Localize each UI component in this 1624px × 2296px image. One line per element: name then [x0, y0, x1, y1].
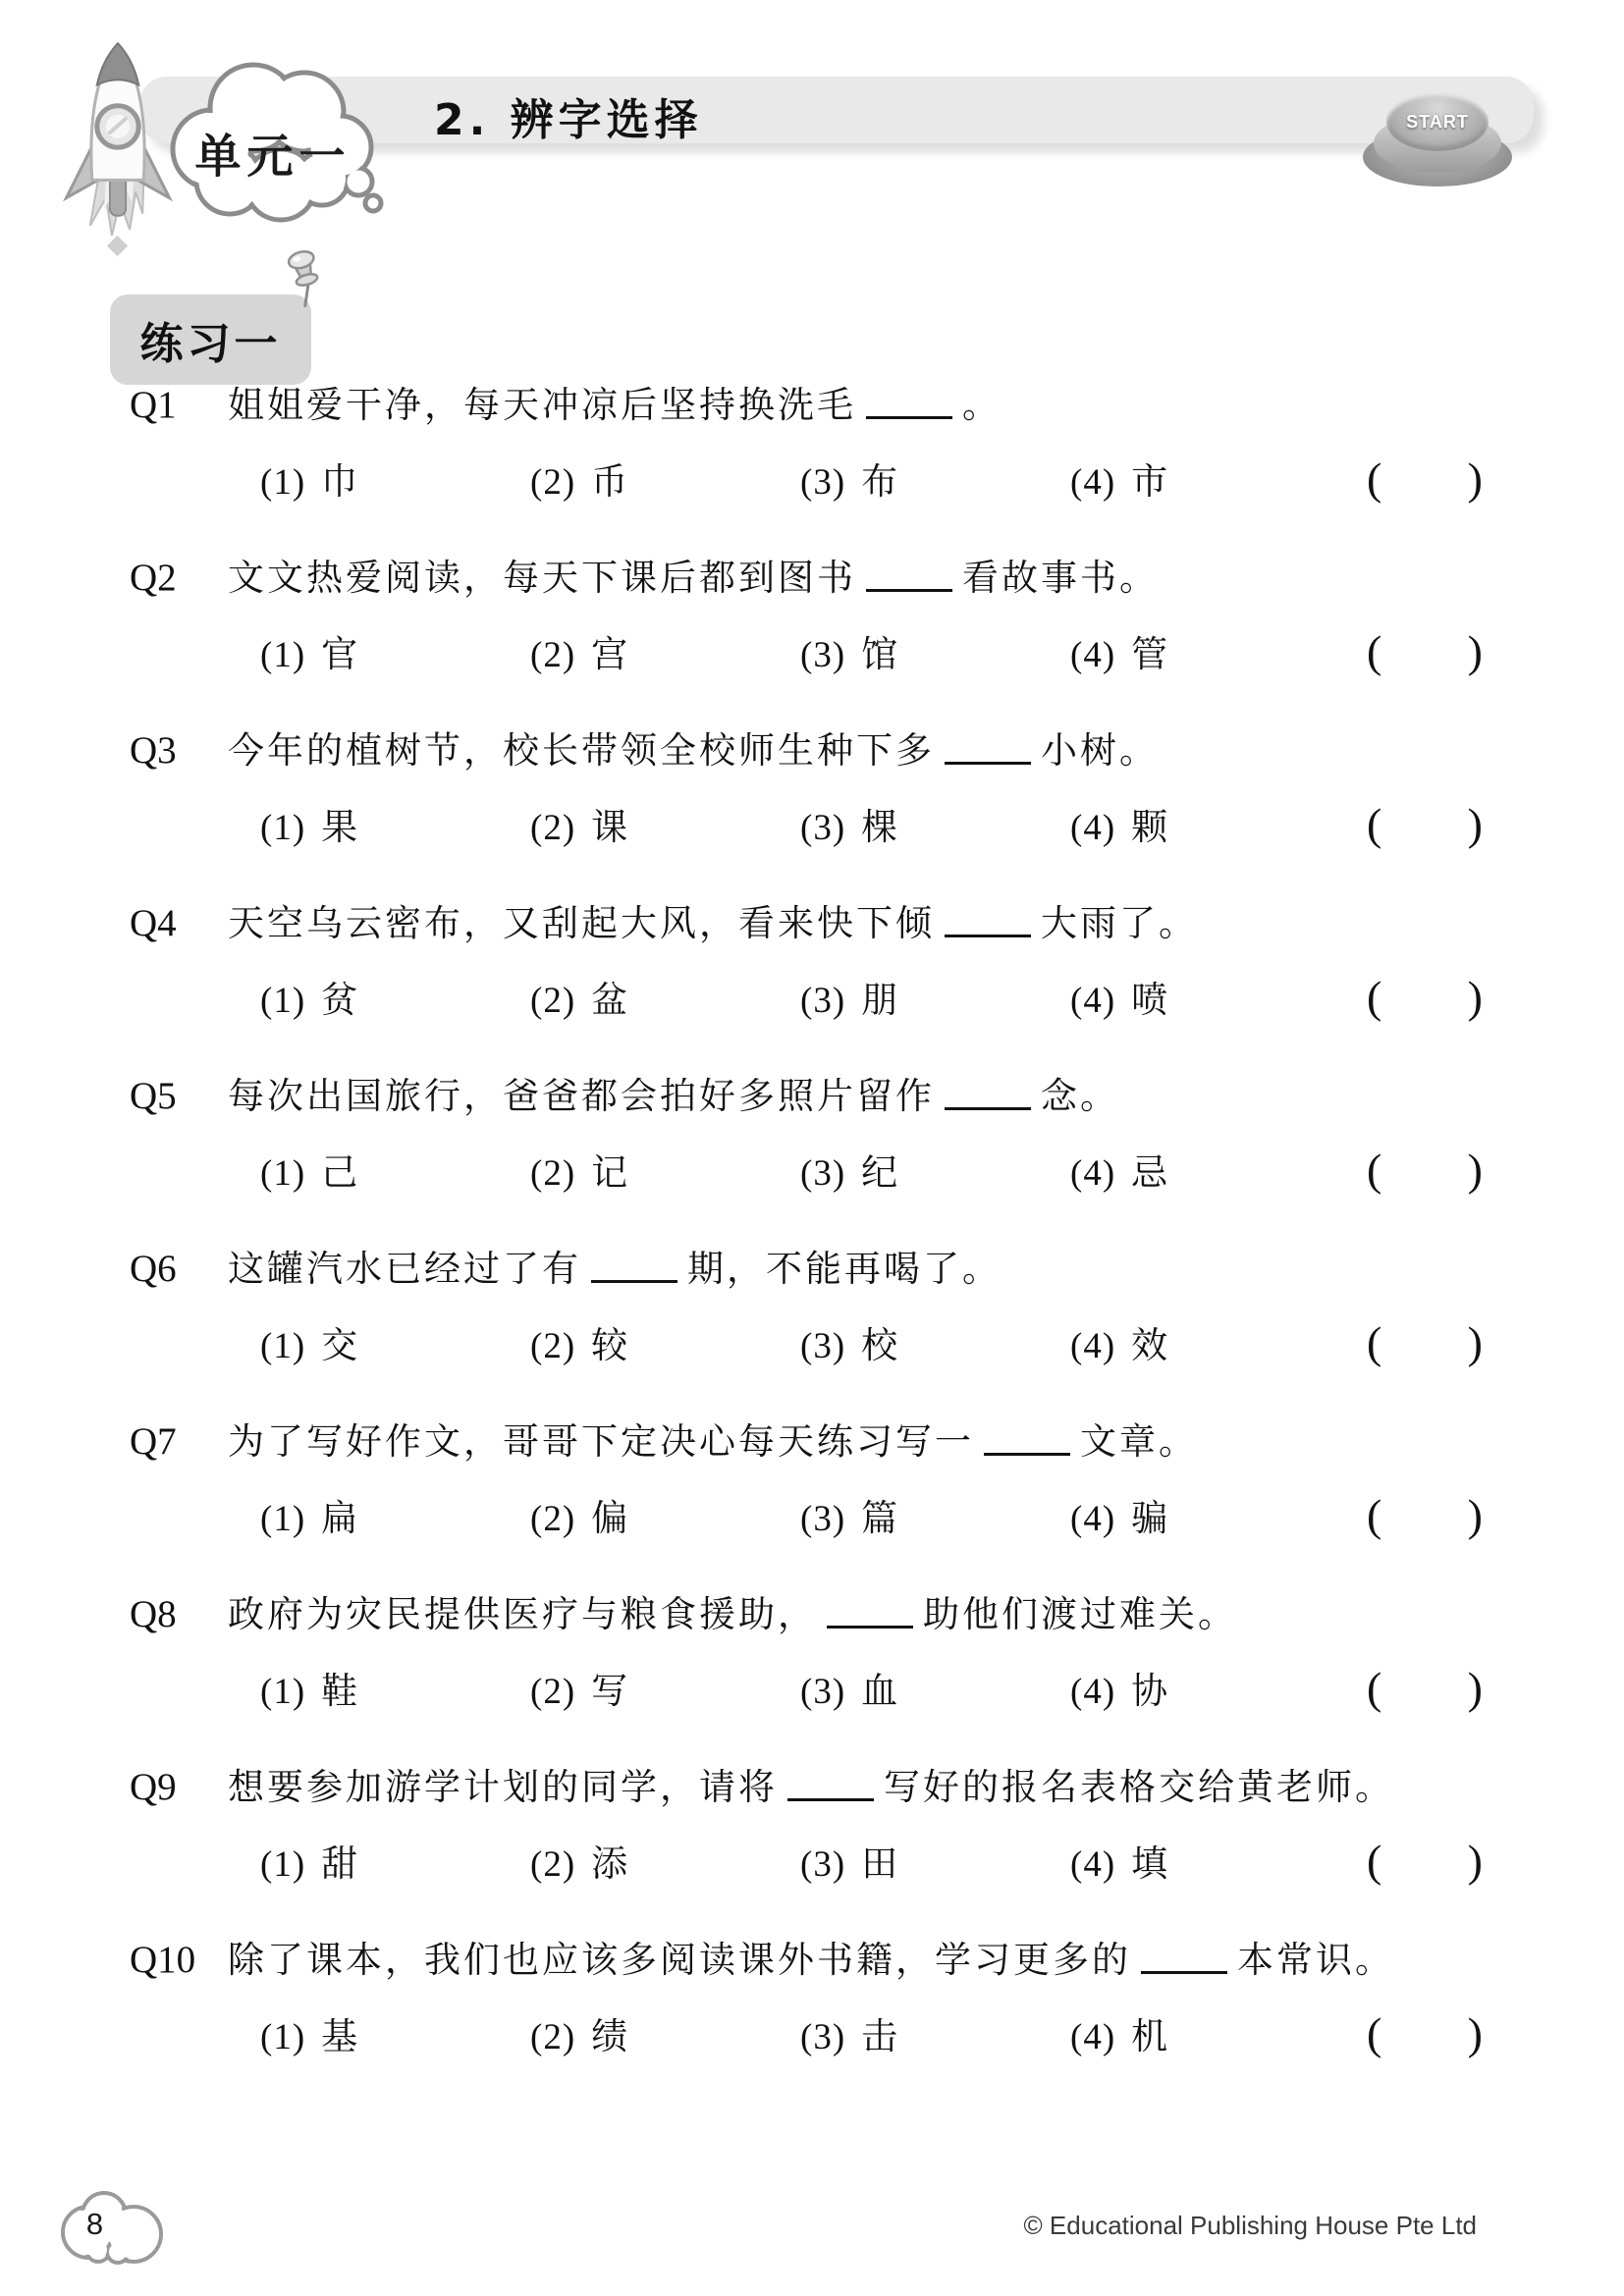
option-4: (4)忌 — [1070, 1143, 1340, 1196]
options-row: (1)基(2)绩(3)击(4)机() — [260, 2006, 1483, 2059]
answer-blank[interactable] — [1141, 1940, 1227, 1974]
option-number: (4) — [1070, 981, 1115, 1021]
option-2: (2)添 — [530, 1834, 800, 1887]
question-number: Q5 — [130, 1074, 228, 1118]
option-4: (4)效 — [1070, 1315, 1340, 1368]
option-character: 己 — [321, 1151, 357, 1194]
option-number: (4) — [1070, 2017, 1115, 2057]
option-character: 贫 — [321, 979, 357, 1021]
option-character: 盆 — [591, 979, 627, 1021]
option-2: (2)偏 — [530, 1488, 800, 1541]
option-character: 添 — [591, 1842, 627, 1885]
option-character: 馆 — [861, 633, 897, 675]
question-sentence: 政府为灾民提供医疗与粮食援助，助他们渡过难关。 — [228, 1584, 1237, 1637]
option-number: (2) — [530, 2017, 575, 2057]
option-number: (3) — [800, 462, 845, 503]
option-number: (3) — [800, 1499, 845, 1539]
option-number: (3) — [800, 1672, 845, 1712]
question-sentence: 这罐汽水已经过了有期，不能再喝了。 — [228, 1239, 1001, 1292]
option-3: (3)馆 — [800, 624, 1070, 677]
option-1: (1)鞋 — [260, 1661, 530, 1714]
question-number: Q10 — [130, 1938, 228, 1982]
option-character: 课 — [591, 806, 627, 848]
option-character: 填 — [1131, 1842, 1167, 1885]
option-number: (2) — [530, 808, 575, 848]
option-character: 果 — [321, 806, 357, 848]
option-character: 布 — [861, 460, 897, 503]
option-number: (2) — [530, 1153, 575, 1194]
question-sentence: 姐姐爱干净，每天冲凉后坚持换洗毛。 — [228, 375, 1001, 428]
question-number: Q8 — [130, 1592, 228, 1636]
start-button-top: START — [1386, 92, 1489, 151]
option-number: (3) — [800, 808, 845, 848]
question-row: Q6 这罐汽水已经过了有期，不能再喝了。 (1)交(2)较(3)校(4)效() — [0, 1239, 1624, 1412]
question-sentence: 天空乌云密布，又刮起大风，看来快下倾大雨了。 — [228, 893, 1198, 946]
option-number: (4) — [1070, 1672, 1115, 1712]
option-2: (2)记 — [530, 1143, 800, 1196]
option-4: (4)骗 — [1070, 1488, 1340, 1541]
option-number: (1) — [260, 1153, 305, 1194]
answer-blank[interactable] — [866, 385, 952, 419]
option-number: (1) — [260, 1672, 305, 1712]
start-button[interactable]: START — [1363, 84, 1512, 187]
option-number: (2) — [530, 462, 575, 503]
copyright-text: © Educational Publishing House Pte Ltd — [1024, 2211, 1477, 2241]
question-number: Q7 — [130, 1419, 228, 1464]
option-1: (1)己 — [260, 1143, 530, 1196]
option-4: (4)管 — [1070, 624, 1340, 677]
question-number: Q4 — [130, 901, 228, 945]
option-character: 扁 — [321, 1497, 357, 1539]
option-character: 宫 — [591, 633, 627, 675]
option-number: (2) — [530, 1499, 575, 1539]
option-3: (3)棵 — [800, 797, 1070, 850]
question-row: Q3 今年的植树节，校长带领全校师生种下多小树。 (1)果(2)课(3)棵(4)… — [0, 721, 1624, 893]
option-1: (1)基 — [260, 2006, 530, 2059]
question-sentence: 文文热爱阅读，每天下课后都到图书看故事书。 — [228, 548, 1159, 601]
option-number: (3) — [800, 1326, 845, 1366]
section-tag: 练习一 — [110, 294, 311, 385]
option-character: 鞋 — [321, 1670, 357, 1712]
options-row: (1)交(2)较(3)校(4)效() — [260, 1315, 1483, 1368]
option-1: (1)甜 — [260, 1834, 530, 1887]
options-row: (1)官(2)宫(3)馆(4)管() — [260, 624, 1483, 677]
question-row: Q5 每次出国旅行，爸爸都会拍好多照片留作念。 (1)己(2)记(3)纪(4)忌… — [0, 1066, 1624, 1239]
option-2: (2)写 — [530, 1661, 800, 1714]
option-number: (1) — [260, 462, 305, 503]
question-row: Q9 想要参加游学计划的同学，请将写好的报名表格交给黄老师。 (1)甜(2)添(… — [0, 1757, 1624, 1930]
option-2: (2)较 — [530, 1315, 800, 1368]
option-number: (3) — [800, 635, 845, 675]
start-button-label: START — [1406, 112, 1469, 133]
option-character: 交 — [321, 1324, 357, 1366]
option-1: (1)交 — [260, 1315, 530, 1368]
option-character: 写 — [591, 1670, 627, 1712]
answer-bracket[interactable]: () — [1367, 1316, 1483, 1368]
option-2: (2)盆 — [530, 970, 800, 1023]
option-character: 管 — [1131, 633, 1167, 675]
option-character: 喷 — [1131, 979, 1167, 1021]
question-number: Q1 — [130, 383, 228, 427]
option-3: (3)篇 — [800, 1488, 1070, 1541]
question-number: Q9 — [130, 1765, 228, 1809]
option-number: (1) — [260, 1844, 305, 1885]
option-number: (2) — [530, 1844, 575, 1885]
option-1: (1)贫 — [260, 970, 530, 1023]
option-1: (1)扁 — [260, 1488, 530, 1541]
section-label: 练习一 — [140, 308, 282, 371]
option-character: 机 — [1131, 2015, 1167, 2057]
option-character: 击 — [861, 2015, 897, 2057]
unit-label: 单元一 — [195, 120, 352, 186]
answer-blank[interactable] — [591, 1249, 677, 1283]
option-character: 朋 — [861, 979, 897, 1021]
question-number: Q6 — [130, 1247, 228, 1291]
answer-blank[interactable] — [945, 730, 1031, 765]
option-number: (4) — [1070, 1844, 1115, 1885]
option-number: (4) — [1070, 808, 1115, 848]
answer-bracket[interactable]: () — [1367, 1144, 1483, 1196]
option-4: (4)机 — [1070, 2006, 1340, 2059]
question-row: Q1 姐姐爱干净，每天冲凉后坚持换洗毛。 (1)巾(2)币(3)布(4)市() — [0, 375, 1624, 548]
question-number: Q2 — [130, 556, 228, 600]
question-number: Q3 — [130, 728, 228, 773]
question-row: Q8 政府为灾民提供医疗与粮食援助，助他们渡过难关。 (1)鞋(2)写(3)血(… — [0, 1584, 1624, 1757]
option-character: 协 — [1131, 1670, 1167, 1712]
answer-blank[interactable] — [945, 1076, 1031, 1110]
answer-bracket[interactable]: () — [1367, 2007, 1483, 2059]
option-1: (1)官 — [260, 624, 530, 677]
question-row: Q10 除了课本，我们也应该多阅读课外书籍，学习更多的本常识。 (1)基(2)绩… — [0, 1930, 1624, 2103]
option-character: 校 — [861, 1324, 897, 1366]
answer-bracket[interactable]: () — [1367, 1489, 1483, 1541]
question-row: Q2 文文热爱阅读，每天下课后都到图书看故事书。 (1)官(2)宫(3)馆(4)… — [0, 548, 1624, 721]
option-2: (2)宫 — [530, 624, 800, 677]
answer-blank[interactable] — [866, 558, 952, 592]
option-character: 颗 — [1131, 806, 1167, 848]
option-4: (4)市 — [1070, 452, 1340, 505]
option-character: 棵 — [861, 806, 897, 848]
option-number: (3) — [800, 981, 845, 1021]
question-row: Q7 为了写好作文，哥哥下定决心每天练习写一文章。 (1)扁(2)偏(3)篇(4… — [0, 1412, 1624, 1584]
question-sentence: 想要参加游学计划的同学，请将写好的报名表格交给黄老师。 — [228, 1757, 1394, 1810]
page-number-cloud: 8 — [53, 2185, 169, 2271]
questions: Q1 姐姐爱干净，每天冲凉后坚持换洗毛。 (1)巾(2)币(3)布(4)市() … — [0, 375, 1624, 2103]
option-character: 基 — [321, 2015, 357, 2057]
question-row: Q4 天空乌云密布，又刮起大风，看来快下倾大雨了。 (1)贫(2)盆(3)朋(4… — [0, 893, 1624, 1066]
answer-blank[interactable] — [787, 1767, 874, 1801]
option-character: 篇 — [861, 1497, 897, 1539]
option-number: (2) — [530, 1672, 575, 1712]
option-4: (4)颗 — [1070, 797, 1340, 850]
option-number: (1) — [260, 808, 305, 848]
worksheet-page: 单元一 2. 辨字选择 START 练习一 Q1 姐姐爱干净，每天冲凉后坚持换洗… — [0, 0, 1624, 2296]
page-number: 8 — [86, 2207, 103, 2242]
question-sentence: 每次出国旅行，爸爸都会拍好多照片留作念。 — [228, 1066, 1119, 1119]
option-number: (4) — [1070, 1326, 1115, 1366]
answer-blank[interactable] — [827, 1594, 913, 1629]
option-3: (3)击 — [800, 2006, 1070, 2059]
option-3: (3)纪 — [800, 1143, 1070, 1196]
answer-bracket[interactable]: () — [1367, 453, 1483, 505]
option-number: (4) — [1070, 635, 1115, 675]
option-2: (2)绩 — [530, 2006, 800, 2059]
option-3: (3)校 — [800, 1315, 1070, 1368]
unit-cloud-bubble: 单元一 — [155, 51, 391, 233]
option-1: (1)果 — [260, 797, 530, 850]
option-character: 效 — [1131, 1324, 1167, 1366]
options-row: (1)扁(2)偏(3)篇(4)骗() — [260, 1488, 1483, 1541]
option-character: 偏 — [591, 1497, 627, 1539]
option-character: 纪 — [861, 1151, 897, 1194]
option-character: 市 — [1131, 460, 1167, 503]
options-row: (1)甜(2)添(3)田(4)填() — [260, 1834, 1483, 1887]
option-1: (1)巾 — [260, 452, 530, 505]
options-row: (1)鞋(2)写(3)血(4)协() — [260, 1661, 1483, 1714]
option-2: (2)课 — [530, 797, 800, 850]
option-character: 田 — [861, 1842, 897, 1885]
option-number: (4) — [1070, 1153, 1115, 1194]
question-sentence: 除了课本，我们也应该多阅读课外书籍，学习更多的本常识。 — [228, 1930, 1394, 1983]
answer-bracket[interactable]: () — [1367, 798, 1483, 850]
option-number: (1) — [260, 635, 305, 675]
option-3: (3)田 — [800, 1834, 1070, 1887]
option-3: (3)血 — [800, 1661, 1070, 1714]
option-character: 忌 — [1131, 1151, 1167, 1194]
option-number: (4) — [1070, 462, 1115, 503]
option-number: (3) — [800, 1844, 845, 1885]
option-character: 骗 — [1131, 1497, 1167, 1539]
answer-bracket[interactable]: () — [1367, 625, 1483, 677]
options-row: (1)己(2)记(3)纪(4)忌() — [260, 1143, 1483, 1196]
option-number: (2) — [530, 981, 575, 1021]
option-character: 血 — [861, 1670, 897, 1712]
option-number: (3) — [800, 1153, 845, 1194]
option-4: (4)喷 — [1070, 970, 1340, 1023]
option-number: (1) — [260, 981, 305, 1021]
option-number: (1) — [260, 2017, 305, 2057]
answer-bracket[interactable]: () — [1367, 1662, 1483, 1714]
answer-bracket[interactable]: () — [1367, 971, 1483, 1023]
option-number: (1) — [260, 1499, 305, 1539]
answer-blank[interactable] — [945, 903, 1031, 937]
option-number: (4) — [1070, 1499, 1115, 1539]
option-4: (4)协 — [1070, 1661, 1340, 1714]
question-sentence: 今年的植树节，校长带领全校师生种下多小树。 — [228, 721, 1159, 774]
option-4: (4)填 — [1070, 1834, 1340, 1887]
option-character: 绩 — [591, 2015, 627, 2057]
question-sentence: 为了写好作文，哥哥下定决心每天练习写一文章。 — [228, 1412, 1198, 1465]
option-character: 记 — [591, 1151, 627, 1194]
option-number: (2) — [530, 1326, 575, 1366]
option-character: 币 — [591, 460, 627, 503]
option-character: 巾 — [321, 460, 357, 503]
option-number: (1) — [260, 1326, 305, 1366]
answer-blank[interactable] — [984, 1421, 1070, 1456]
option-number: (2) — [530, 635, 575, 675]
option-3: (3)朋 — [800, 970, 1070, 1023]
options-row: (1)果(2)课(3)棵(4)颗() — [260, 797, 1483, 850]
option-character: 较 — [591, 1324, 627, 1366]
answer-bracket[interactable]: () — [1367, 1835, 1483, 1887]
option-character: 甜 — [321, 1842, 357, 1885]
option-2: (2)币 — [530, 452, 800, 505]
options-row: (1)贫(2)盆(3)朋(4)喷() — [260, 970, 1483, 1023]
option-number: (3) — [800, 2017, 845, 2057]
option-3: (3)布 — [800, 452, 1070, 505]
page-title: 2. 辨字选择 — [434, 84, 703, 147]
options-row: (1)巾(2)币(3)布(4)市() — [260, 452, 1483, 505]
option-character: 官 — [321, 633, 357, 675]
